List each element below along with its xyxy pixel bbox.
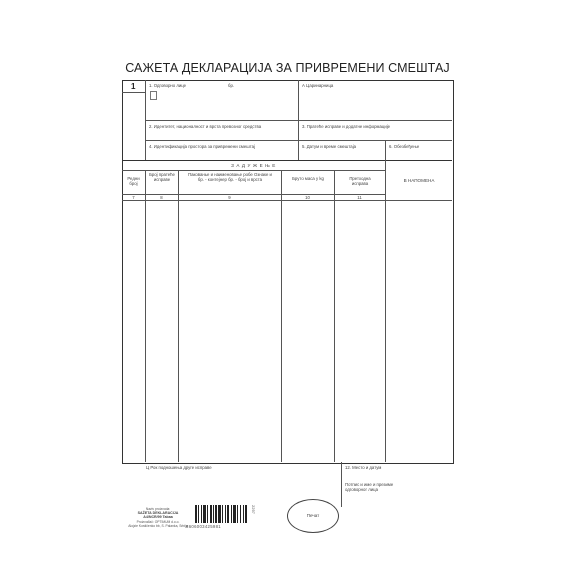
col-number: 7 (122, 195, 145, 200)
storage-id-label: 4. Идентификација простора за привремени… (149, 144, 255, 149)
divider (281, 170, 282, 462)
col-header-serial: Редни број (123, 176, 144, 186)
customs-office-label: А Царинарница (302, 83, 333, 88)
side-code: 2297 (251, 505, 256, 514)
vehicle-identity-label: 2. Идентитет, националност и врста прево… (149, 124, 261, 129)
divider (145, 170, 146, 462)
security-label: 6. Обезбеђење (389, 144, 419, 149)
col-header-prev-doc: Претходна исправа (341, 176, 379, 186)
accompanying-docs-label: 3. Пратеће исправе и додатне информације (302, 124, 390, 129)
divider (334, 170, 335, 462)
divider (178, 170, 179, 462)
col-number: 11 (334, 195, 385, 200)
section-title-zaduzenje: З А Д У Ж Е Њ Е (122, 163, 385, 168)
divider (385, 140, 386, 160)
stamp-label: Печат (287, 513, 339, 518)
footer-product-code: A4/NCR/99 Tabaa (120, 515, 196, 519)
divider (298, 80, 299, 160)
divider (341, 462, 342, 507)
divider (122, 170, 385, 171)
col-number: 10 (281, 195, 334, 200)
page-title: САЖЕТА ДЕКЛАРАЦИЈА ЗА ПРИВРЕМЕНИ СМЕШТАЈ (0, 61, 575, 75)
storage-datetime-label: 5. Датум и време смештаја (302, 144, 356, 149)
form-frame (122, 80, 454, 464)
responsible-person-label: 1. Одговорно лице (149, 83, 186, 88)
responsible-person-checkbox[interactable] (150, 91, 157, 100)
divider (385, 160, 386, 462)
place-date-label: 12. Место и датум (345, 465, 381, 470)
col-header-doc-number: Број пратеће исправе (147, 172, 177, 182)
number-label: бр. (228, 83, 234, 88)
barcode (195, 505, 255, 523)
deadline-label: Ц Рок подношења друге исправе (146, 465, 212, 470)
col-header-goods: Пакованье и наименовање робе Ознаке и бр… (186, 172, 274, 182)
footer-address: Alojzie Kostičenko bb, S. Palanka, Srbij… (120, 524, 196, 528)
divider (122, 200, 452, 201)
col-header-gross-mass: Бруто маса у kg (290, 176, 326, 181)
barcode-number: 8606003425981 (186, 524, 221, 529)
divider (122, 92, 145, 93)
remarks-header: В НАПОМЕНА (386, 178, 452, 183)
col-number: 9 (178, 195, 281, 200)
divider (122, 160, 452, 161)
box-number: 1 (131, 82, 135, 91)
signature-label-line2: одговорног лица (345, 487, 378, 492)
col-number: 8 (145, 195, 178, 200)
